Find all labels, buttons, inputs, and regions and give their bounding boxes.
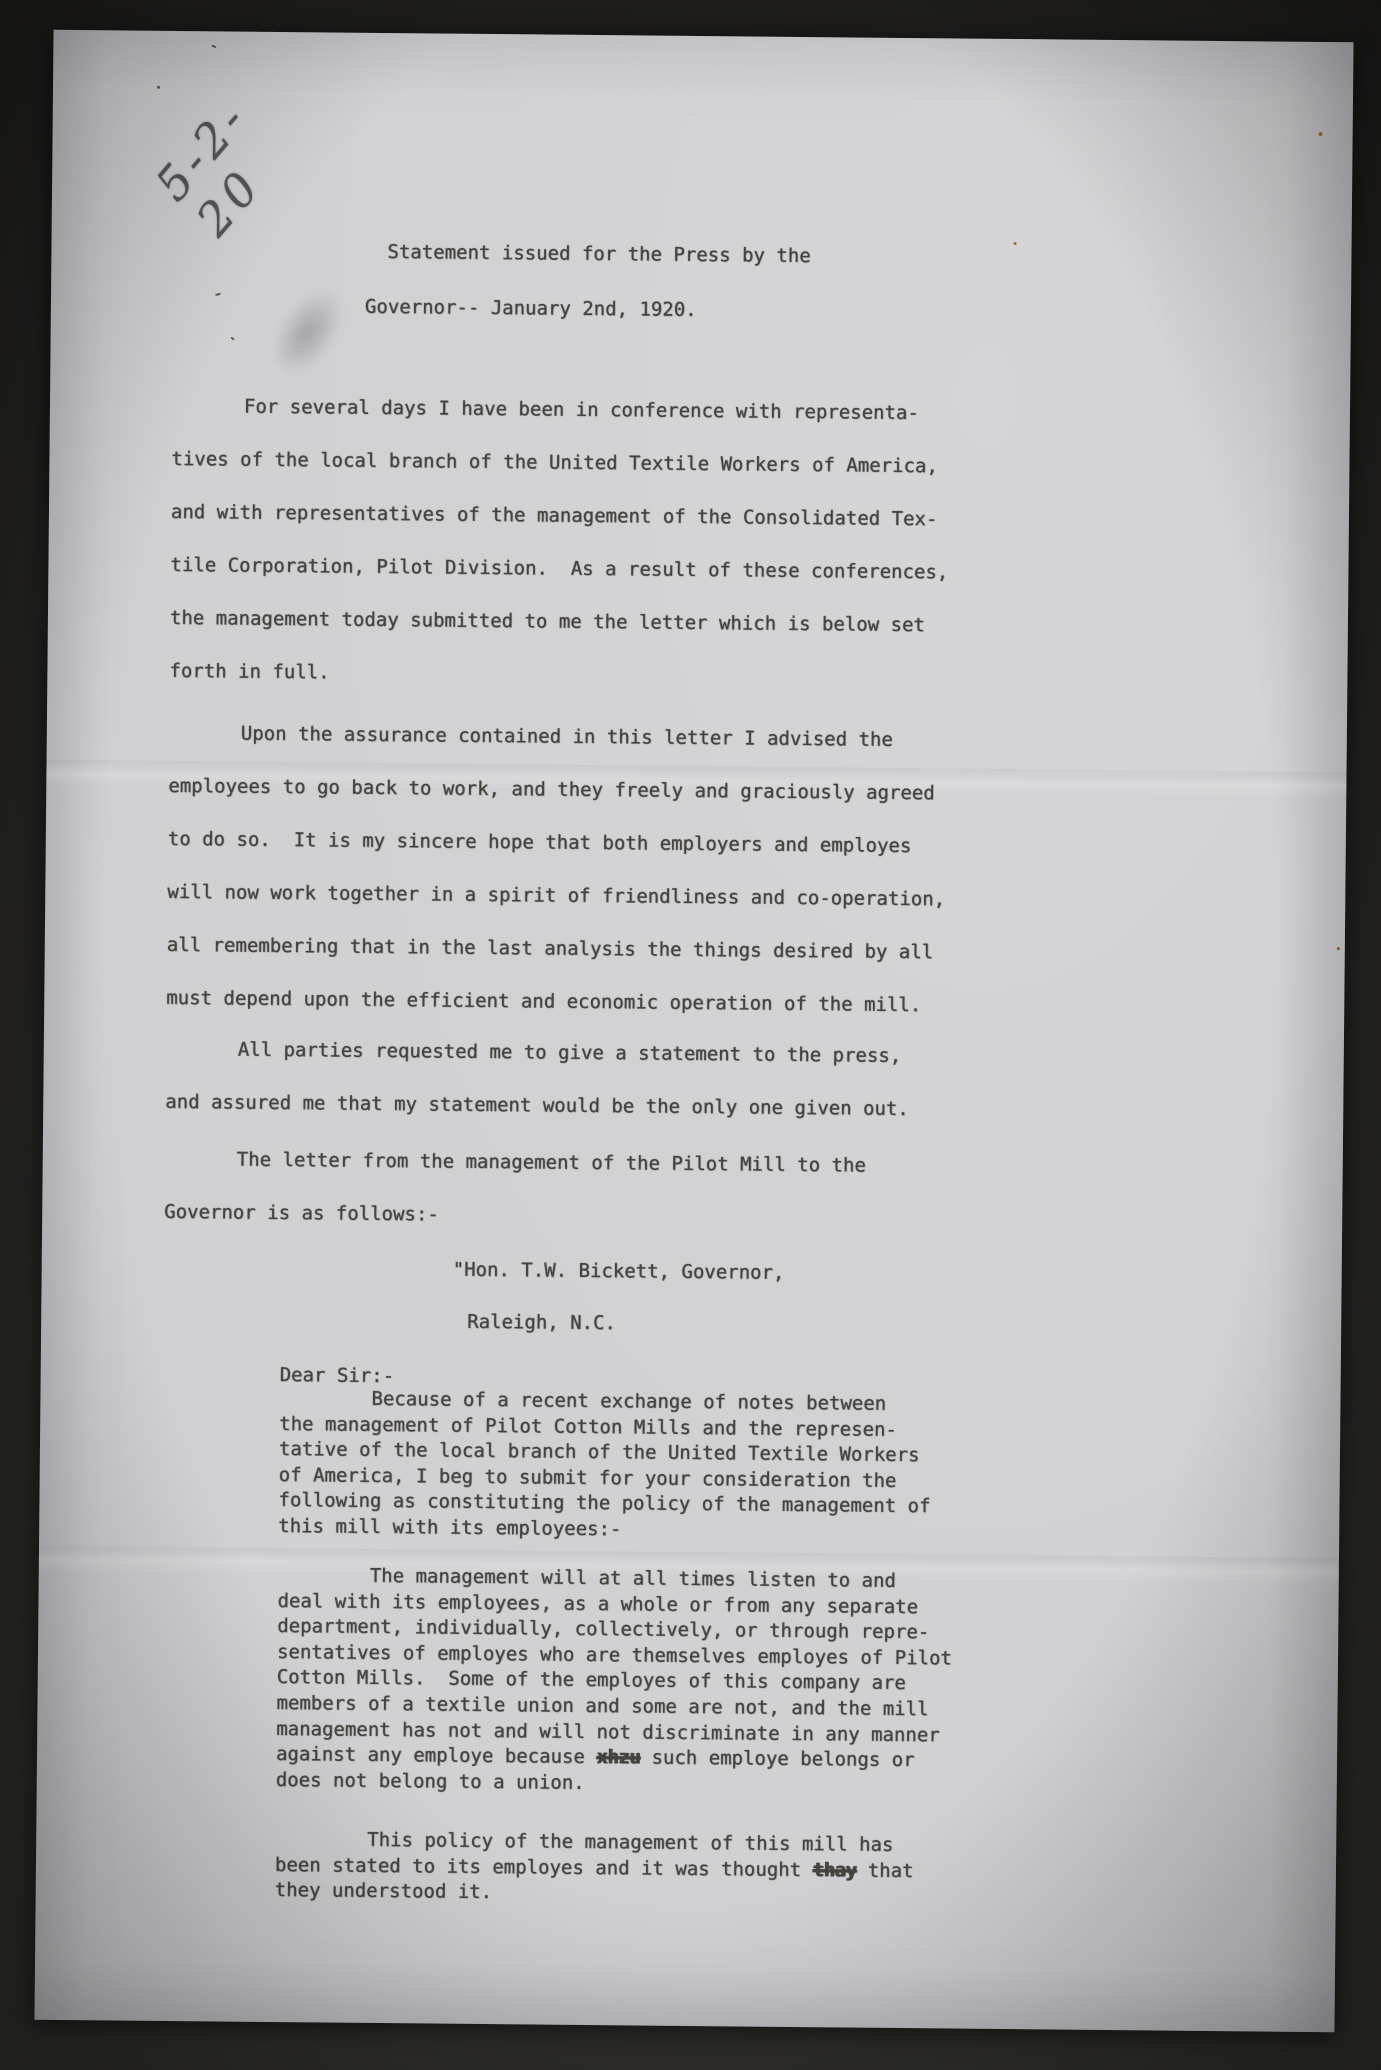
paragraph-line: and assured me that my statement would b… [165,1076,1015,1137]
line-text-before-strikeout: against any employe because [276,1743,596,1768]
dust-speck [1337,947,1340,950]
paragraph-line: Governor is as follows:- [164,1186,1014,1247]
paper: 5-2-20 Statement issued for the Press by… [34,30,1353,2032]
scanned-document-photo: { "doc": { "annotation": "5-2-20", "titl… [0,0,1381,2070]
dust-speck [230,336,234,340]
paragraph-line: For several days I have been in conferen… [172,380,1022,441]
paragraph-press-statement: All parties requested me to give a state… [165,1023,1016,1137]
line-text-after-strikeout: such employe belongs or [640,1747,915,1772]
paragraph-line: The letter from the management of the Pi… [164,1133,1014,1194]
paragraph-conferences: For several days I have been in conferen… [169,380,1022,706]
letter-salutation: Dear Sir:- [280,1363,395,1388]
paragraph-line: employees to go back to work, and they f… [168,760,1018,821]
dust-speck [1319,132,1323,136]
paragraph-line: the management today submitted to me the… [170,592,1020,653]
dust-speck [157,86,160,89]
letter-paragraph-policy-stated: This policy of the management of this mi… [275,1827,1036,1911]
paragraph-line: all remembering that in the last analysi… [167,919,1017,980]
paragraph-line: tile Corporation, Pilot Division. As a r… [170,539,1020,600]
letter-paragraph-policy-intro: Because of a recent exchange of notes be… [278,1386,1039,1547]
paragraph-line: to do so. It is my sincere hope that bot… [168,813,1018,874]
line-text-before-strikeout: been stated to its employes and it was t… [275,1854,813,1881]
paragraph-line: tives of the local branch of the United … [171,433,1021,494]
document-title-line-2: Governor-- January 2nd, 1920. [365,295,697,322]
letter-addressee-line: "Hon. T.W. Bickett, Governor, [453,1258,785,1285]
paragraph-line: will now work together in a spirit of fr… [167,866,1017,927]
pencil-smudge [256,275,359,390]
paragraph-letter-intro: The letter from the management of the Pi… [164,1133,1015,1247]
dust-speck [211,44,216,48]
paragraph-line: All parties requested me to give a state… [166,1023,1016,1084]
struck-out-word: thay [812,1859,856,1881]
handwritten-date-annotation: 5-2-20 [145,47,338,246]
line-text-after-strikeout: that [856,1859,913,1882]
letter-address-city-line: Raleigh, N.C. [467,1310,616,1335]
letter-paragraph-management-policy: The management will at all times listen … [276,1563,1038,1801]
dust-speck [1014,242,1017,245]
paragraph-line: Upon the assurance contained in this let… [169,707,1019,768]
paragraph-line: and with representatives of the manageme… [171,486,1021,547]
struck-out-word: xhzu [596,1746,640,1768]
dust-speck [215,293,221,296]
paragraph-assurance: Upon the assurance contained in this let… [166,707,1019,1033]
document-title-line-1: Statement issued for the Press by the [387,240,810,268]
paragraph-line: forth in full. [169,645,1019,706]
